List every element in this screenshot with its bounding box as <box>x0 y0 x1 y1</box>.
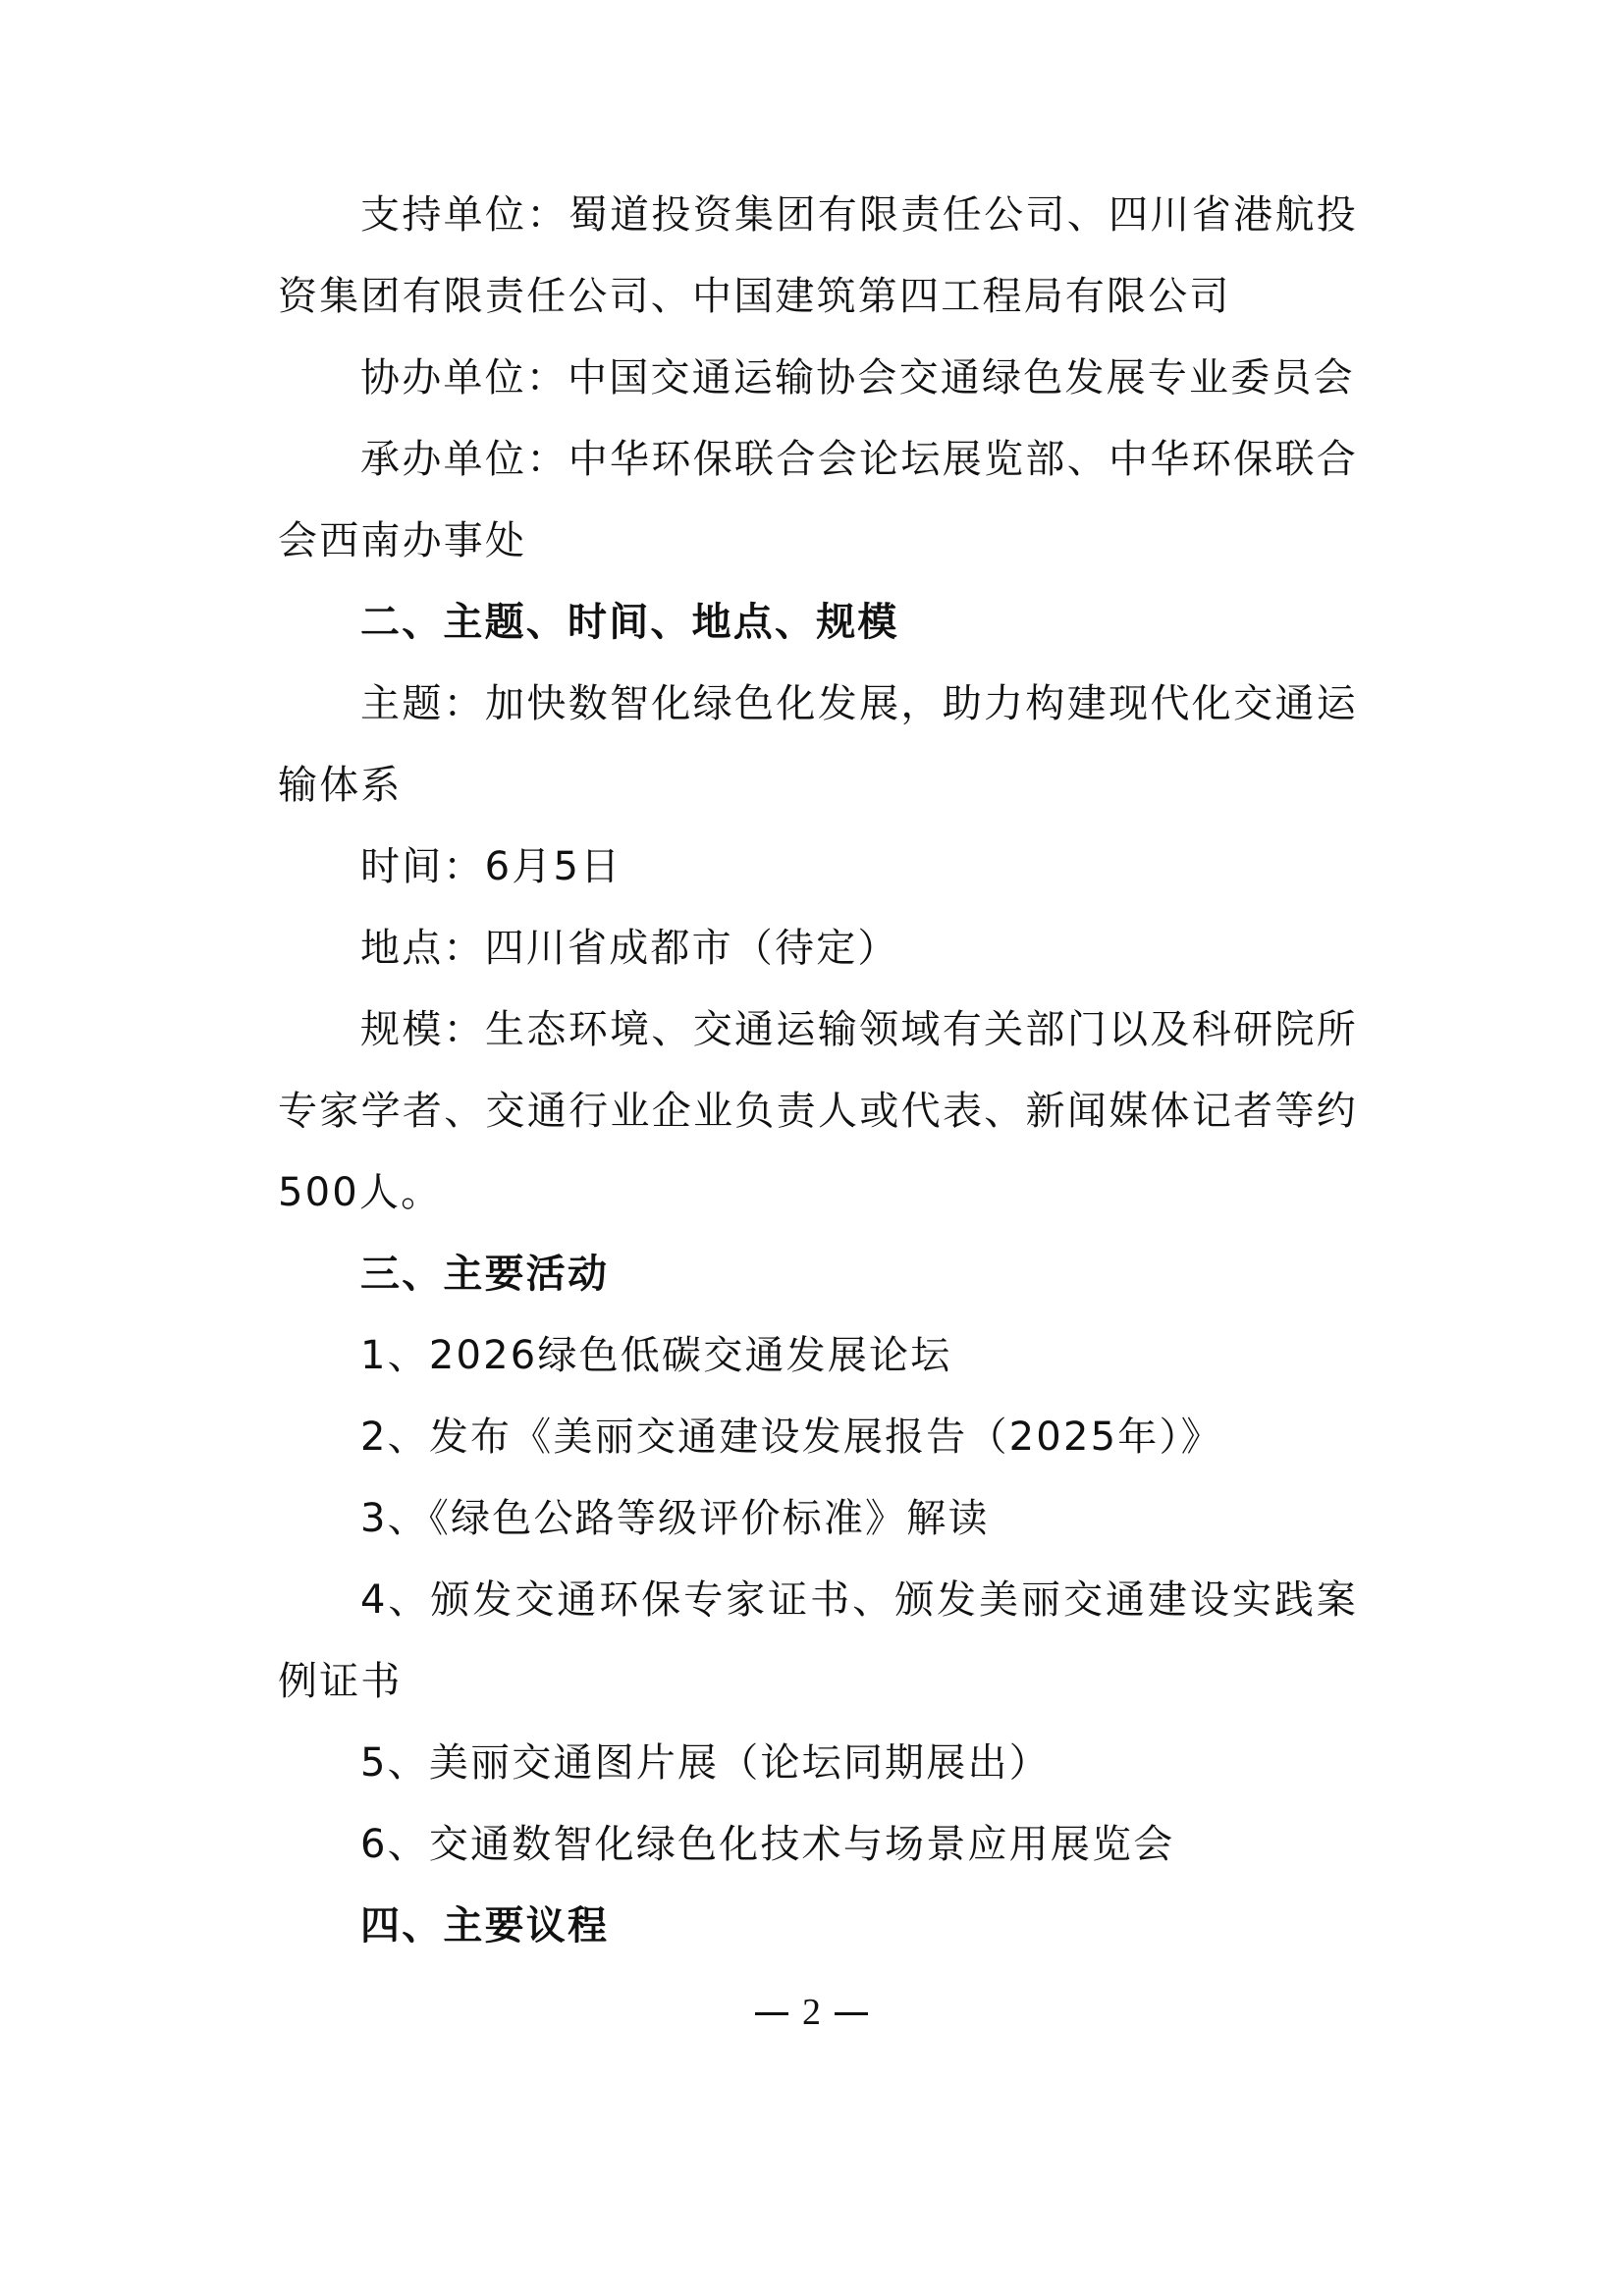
page-number: 2 <box>802 1992 821 2033</box>
dash-right-decoration <box>835 2012 868 2015</box>
activity-item-5: 5、美丽交通图片展（论坛同期展出） <box>278 1723 1358 1804</box>
section-heading-main-activities: 三、主要活动 <box>278 1234 1358 1315</box>
paragraph-scale: 规模：生态环境、交通运输领域有关部门以及科研院所专家学者、交通行业企业负责人或代… <box>278 989 1358 1234</box>
page-number-footer: 2 <box>0 1993 1623 2032</box>
paragraph-time: 时间：6月5日 <box>278 827 1358 908</box>
document-body: 支持单位：蜀道投资集团有限责任公司、四川省港航投资集团有限责任公司、中国建筑第四… <box>278 175 1358 1967</box>
paragraph-host-organizer: 承办单位：中华环保联合会论坛展览部、中华环保联合会西南办事处 <box>278 419 1358 582</box>
section-heading-theme-time-venue-scale: 二、主题、时间、地点、规模 <box>278 582 1358 664</box>
activity-item-3: 3、《绿色公路等级评价标准》解读 <box>278 1478 1358 1560</box>
paragraph-co-organizer: 协办单位：中国交通运输协会交通绿色发展专业委员会 <box>278 338 1358 419</box>
activity-item-4: 4、颁发交通环保专家证书、颁发美丽交通建设实践案例证书 <box>278 1560 1358 1723</box>
activity-item-6: 6、交通数智化绿色化技术与场景应用展览会 <box>278 1804 1358 1886</box>
paragraph-venue: 地点：四川省成都市（待定） <box>278 908 1358 989</box>
document-page: 支持单位：蜀道投资集团有限责任公司、四川省港航投资集团有限责任公司、中国建筑第四… <box>0 0 1623 2296</box>
activity-item-2: 2、发布《美丽交通建设发展报告（2025年）》 <box>278 1397 1358 1478</box>
paragraph-support-units: 支持单位：蜀道投资集团有限责任公司、四川省港航投资集团有限责任公司、中国建筑第四… <box>278 175 1358 338</box>
activity-item-1: 1、2026绿色低碳交通发展论坛 <box>278 1315 1358 1397</box>
section-heading-main-agenda: 四、主要议程 <box>278 1886 1358 1967</box>
dash-left-decoration <box>755 2012 788 2015</box>
paragraph-theme: 主题：加快数智化绿色化发展，助力构建现代化交通运输体系 <box>278 664 1358 827</box>
